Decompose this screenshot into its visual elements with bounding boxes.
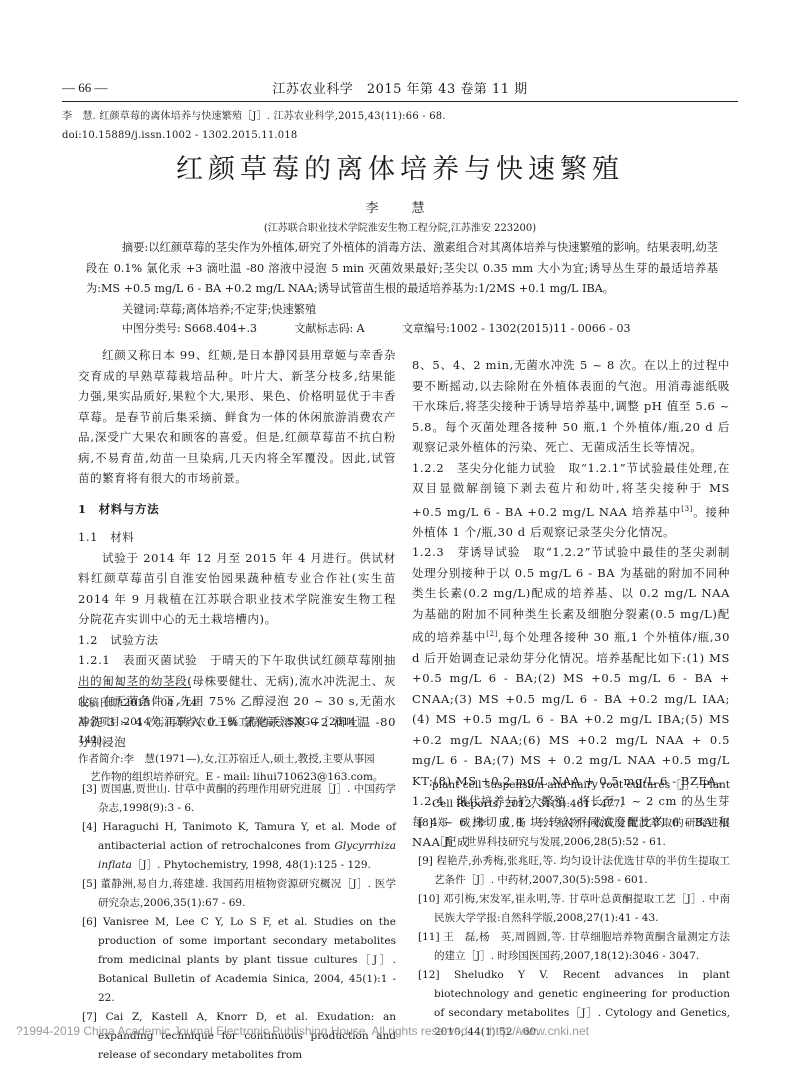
reference-continuation: plant cell suspension and hairy root cul… [412, 776, 730, 814]
reference-text: 董静洲,易自力,蒋建雄. 我国药用植物资源研究概况［J］. 医学研究杂志,200… [98, 878, 396, 909]
reference-text: Vanisree M, Lee C Y, Lo S F, et al. Stud… [98, 916, 396, 1004]
references-right: plant cell suspension and hairy root cul… [412, 776, 730, 1042]
abstract-text: 摘要:以红颜草莓的茎尖作为外植体,研究了外植体的消毒方法、激素组合对其离体培养与… [86, 238, 718, 300]
keywords: 关键词:草莓;离体培养;不定芽;快速繁殖 [86, 300, 718, 321]
subsection-1-2-2: 1.2.2 茎尖分化能力试验 取“1.2.1”节试验最佳处理,在双目显微解剖镜下… [412, 458, 730, 543]
reference-number: [4] [82, 818, 97, 837]
article-number: 文章编号:1002 - 1302(2015)11 - 0066 - 03 [402, 322, 630, 335]
footnote-rule [78, 687, 191, 688]
reference-number: [12] [418, 966, 440, 985]
classification-line: 中图分类号: S668.404+.3 文献标志码: A 文章编号:1002 - … [122, 320, 665, 336]
reference-text: 郑 成,李 卫,杨 铃. 植物有效成分微波萃取的研究进展［J］. 世界科技研究与… [434, 817, 730, 848]
citation-ref[interactable]: [2] [486, 630, 498, 638]
header-rule [62, 101, 738, 102]
reference-number: [11] [418, 928, 440, 947]
clc-number: 中图分类号: S668.404+.3 [122, 322, 257, 335]
section-heading-1-2: 1.2 试验方法 [78, 630, 396, 651]
doi-line: doi:10.15889/j.issn.1002 - 1302.2015.11.… [62, 126, 738, 145]
journal-issue: 江苏农业科学 2015 年第 43 卷第 11 期 [62, 78, 738, 97]
footer-link[interactable]: http://www.cnki.net [489, 1024, 589, 1038]
document-code: 文献标志码: A [294, 322, 364, 335]
reference-text-cont: ［J］. Phytochemistry, 1998, 48(1):125 - 1… [132, 859, 371, 871]
section-heading-1: 1 材料与方法 [78, 499, 396, 520]
reference-number: [3] [82, 780, 97, 799]
article-title: 红颜草莓的离体培养与快速繁殖 [0, 147, 800, 186]
reference-number: [5] [82, 875, 97, 894]
reference-item: [3] 贾国惠,贾世山. 甘草中黄酮的药理作用研究进展［J］. 中国药学杂志,1… [78, 780, 396, 818]
subsection-1-2-3: 1.2.3 芽诱导试验 取“1.2.2”节试验中最佳的茎尖剥制处理分别接种于以 … [412, 542, 730, 791]
subsection-1-2-2-heading: 1.2.2 茎尖分化能力试验 [412, 461, 556, 475]
citation-ref[interactable]: [3] [681, 505, 693, 513]
subsection-1-2-3-heading: 1.2.3 芽诱导试验 [412, 545, 521, 559]
materials-paragraph: 试验于 2014 年 12 月至 2015 年 4 月进行。供试材料红颜草莓苗引… [78, 548, 396, 630]
citation-line: 李 慧. 红颜草莓的离体培养与快速繁殖［J］. 江苏农业科学,2015,43(1… [62, 107, 738, 126]
reference-item: [4] Haraguchi H, Tanimoto K, Tamura Y, e… [78, 818, 396, 875]
subsection-1-2-1-heading: 1.2.1 表面灭菌试验 [78, 653, 198, 667]
reference-text: 王 磊,杨 英,周圆圆,等. 甘草细胞培养物黄酮含量测定方法的建立［J］. 时珍… [434, 931, 730, 962]
reference-text: 邓引梅,宋发军,崔永明,等. 甘草叶总黄酮提取工艺［J］. 中南民族大学学报:自… [434, 893, 730, 924]
running-header: — 66 — 江苏农业科学 2015 年第 43 卷第 11 期 [62, 78, 738, 98]
reference-item: [8] 郑 成,李 卫,杨 铃. 植物有效成分微波萃取的研究进展［J］. 世界科… [412, 814, 730, 852]
reference-item: [6] Vanisree M, Lee C Y, Lo S F, et al. … [78, 913, 396, 1008]
citation-block: 李 慧. 红颜草莓的离体培养与快速繁殖［J］. 江苏农业科学,2015,43(1… [62, 107, 738, 145]
reference-item: [11] 王 磊,杨 英,周圆圆,等. 甘草细胞培养物黄酮含量测定方法的建立［J… [412, 928, 730, 966]
author-affiliation: (江苏联合职业技术学院淮安生物工程分院,江苏淮安 223200) [0, 219, 800, 234]
copyright-footer: ?1994-2019 China Academic Journal Electr… [0, 1024, 800, 1038]
reference-number: [6] [82, 913, 97, 932]
copyright-text: ?1994-2019 China Academic Journal Electr… [16, 1024, 471, 1038]
subsection-1-2-3-text-cont: ,每个处理各接种 30 瓶,1 个外植体/瓶,30 d 后开始调查记录幼芽分化情… [412, 630, 730, 788]
article-author: 李 慧 [0, 197, 800, 216]
reference-text: 贾国惠,贾世山. 甘草中黄酮的药理作用研究进展［J］. 中国药学杂志,1998(… [98, 783, 396, 814]
reference-item: [9] 程艳芹,孙秀梅,张兆旺,等. 均匀设计法优选甘草的半仿生提取工艺条件［J… [412, 852, 730, 890]
reference-item: [10] 邓引梅,宋发军,崔永明,等. 甘草叶总黄酮提取工艺［J］. 中南民族大… [412, 890, 730, 928]
abstract-block: 摘要:以红颜草莓的茎尖作为外植体,研究了外植体的消毒方法、激素组合对其离体培养与… [86, 238, 718, 320]
received-date: 收稿日期:2015 - 04 - 14 [78, 694, 396, 713]
fund-project: 基金项目:2014 年江苏省农业三新工程(编号:SXGC［2014］141)。 [78, 713, 396, 750]
section-heading-1-1: 1.1 材料 [78, 527, 396, 548]
reference-item: [5] 董静洲,易自力,蒋建雄. 我国药用植物资源研究概况［J］. 医学研究杂志… [78, 875, 396, 913]
reference-number: [8] [418, 814, 433, 833]
author-bio: 作者简介:李 慧(1971—),女,江苏宿迁人,硕士,教授,主要从事园 [78, 750, 396, 769]
intro-paragraph: 红颜又称日本 99、红颊,是日本静冈县用章姬与幸香杂交育成的早熟草莓栽培品种。叶… [78, 345, 396, 489]
reference-number: [10] [418, 890, 440, 909]
references-left: [3] 贾国惠,贾世山. 甘草中黄酮的药理作用研究进展［J］. 中国药学杂志,1… [78, 780, 396, 1065]
body-left-column: 红颜又称日本 99、红颊,是日本静冈县用章姬与幸香杂交育成的早熟草莓栽培品种。叶… [78, 345, 396, 753]
reference-number: [9] [418, 852, 433, 871]
reference-text: 程艳芹,孙秀梅,张兆旺,等. 均匀设计法优选甘草的半仿生提取工艺条件［J］. 中… [434, 855, 730, 886]
sterilization-cont-paragraph: 8、5、4、2 min,无菌水冲洗 5 ~ 8 次。在以上的过程中要不断摇动,以… [412, 355, 730, 458]
